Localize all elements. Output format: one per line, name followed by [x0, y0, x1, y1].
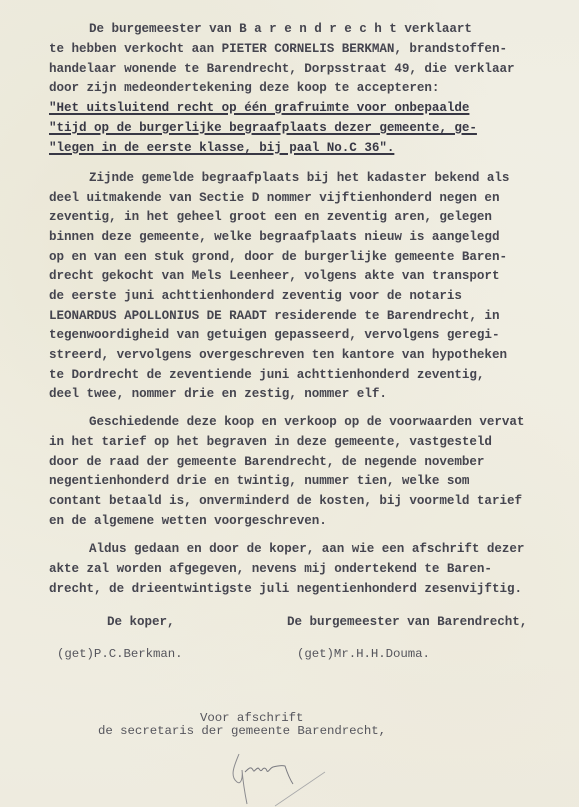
paragraph-2-line: drecht gekocht van Mels Leenheer, volgen… [49, 268, 499, 284]
paragraph-1-line: De burgemeester van B a r e n d r e c h … [89, 21, 472, 37]
typed-deed-page: De burgemeester van B a r e n d r e c h … [0, 0, 579, 807]
paragraph-2-line: tegenwoordigheid van getuigen gepasseerd… [49, 327, 499, 343]
paragraph-2-line: binnen deze gemeente, welke begraafplaat… [49, 229, 499, 245]
paragraph-2-line: streerd, vervolgens overgeschreven ten k… [49, 347, 507, 363]
paragraph-4-line: Aldus gedaan en door de koper, aan wie e… [89, 541, 524, 557]
handwritten-signature-icon [225, 752, 345, 807]
paragraph-3-line: negentienhonderd drie en twintig, nummer… [49, 473, 469, 489]
paragraph-3-line: in het tarief op het begraven in deze ge… [49, 434, 492, 450]
paragraph-3-line: door de raad der gemeente Barendrecht, d… [49, 454, 484, 470]
buyer-label: De koper, [107, 614, 175, 630]
paragraph-2-line: op en van een stuk grond, door de burger… [49, 249, 507, 265]
paragraph-2-line: LEONARDUS APOLLONIUS DE RAADT residerend… [49, 308, 499, 324]
paragraph-3-line: Geschiedende deze koop en verkoop op de … [89, 414, 524, 430]
paragraph-4-line: drecht, de drieentwintigste juli negenti… [49, 581, 522, 597]
paragraph-4-line: akte zal worden afgegeven, nevens mij on… [49, 561, 492, 577]
paragraph-3-line: contant betaald is, onverminderd de kost… [49, 493, 522, 509]
paragraph-3-line: en de algemene wetten voorgeschreven. [49, 513, 327, 529]
paragraph-2-line: Zijnde gemelde begraafplaats bij het kad… [89, 170, 509, 186]
paragraph-2-line: te Dordrecht de zeventiende juni achttie… [49, 367, 484, 383]
paragraph-1-line: door zijn medeondertekening deze koop te… [49, 80, 439, 96]
paragraph-2-line: deel uitmakende van Sectie D nommer vijf… [49, 190, 499, 206]
paragraph-2-line: de eerste juni achttienhonderd zeventig … [49, 288, 462, 304]
paragraph-2-line: deel twee, nommer drie en zestig, nommer… [49, 386, 387, 402]
paragraph-2-line: zeventig, in het geheel groot een en zev… [49, 209, 492, 225]
buyer-signed-name: (get)P.C.Berkman. [57, 646, 183, 662]
mayor-signed-name: (get)Mr.H.H.Douma. [297, 646, 430, 662]
copy-note-line-2: de secretaris der gemeente Barendrecht, [98, 723, 386, 739]
paragraph-1-line: handelaar wonende te Barendrecht, Dorpss… [49, 61, 514, 77]
quote-line: "tijd op de burgerlijke begraafplaats de… [49, 120, 477, 136]
mayor-label: De burgemeester van Barendrecht, [287, 614, 527, 630]
paragraph-1-line: te hebben verkocht aan PIETER CORNELIS B… [49, 41, 507, 57]
quote-line: "Het uitsluitend recht op één grafruimte… [49, 100, 469, 116]
quote-line: "legen in de eerste klasse, bij paal No.… [49, 140, 394, 156]
